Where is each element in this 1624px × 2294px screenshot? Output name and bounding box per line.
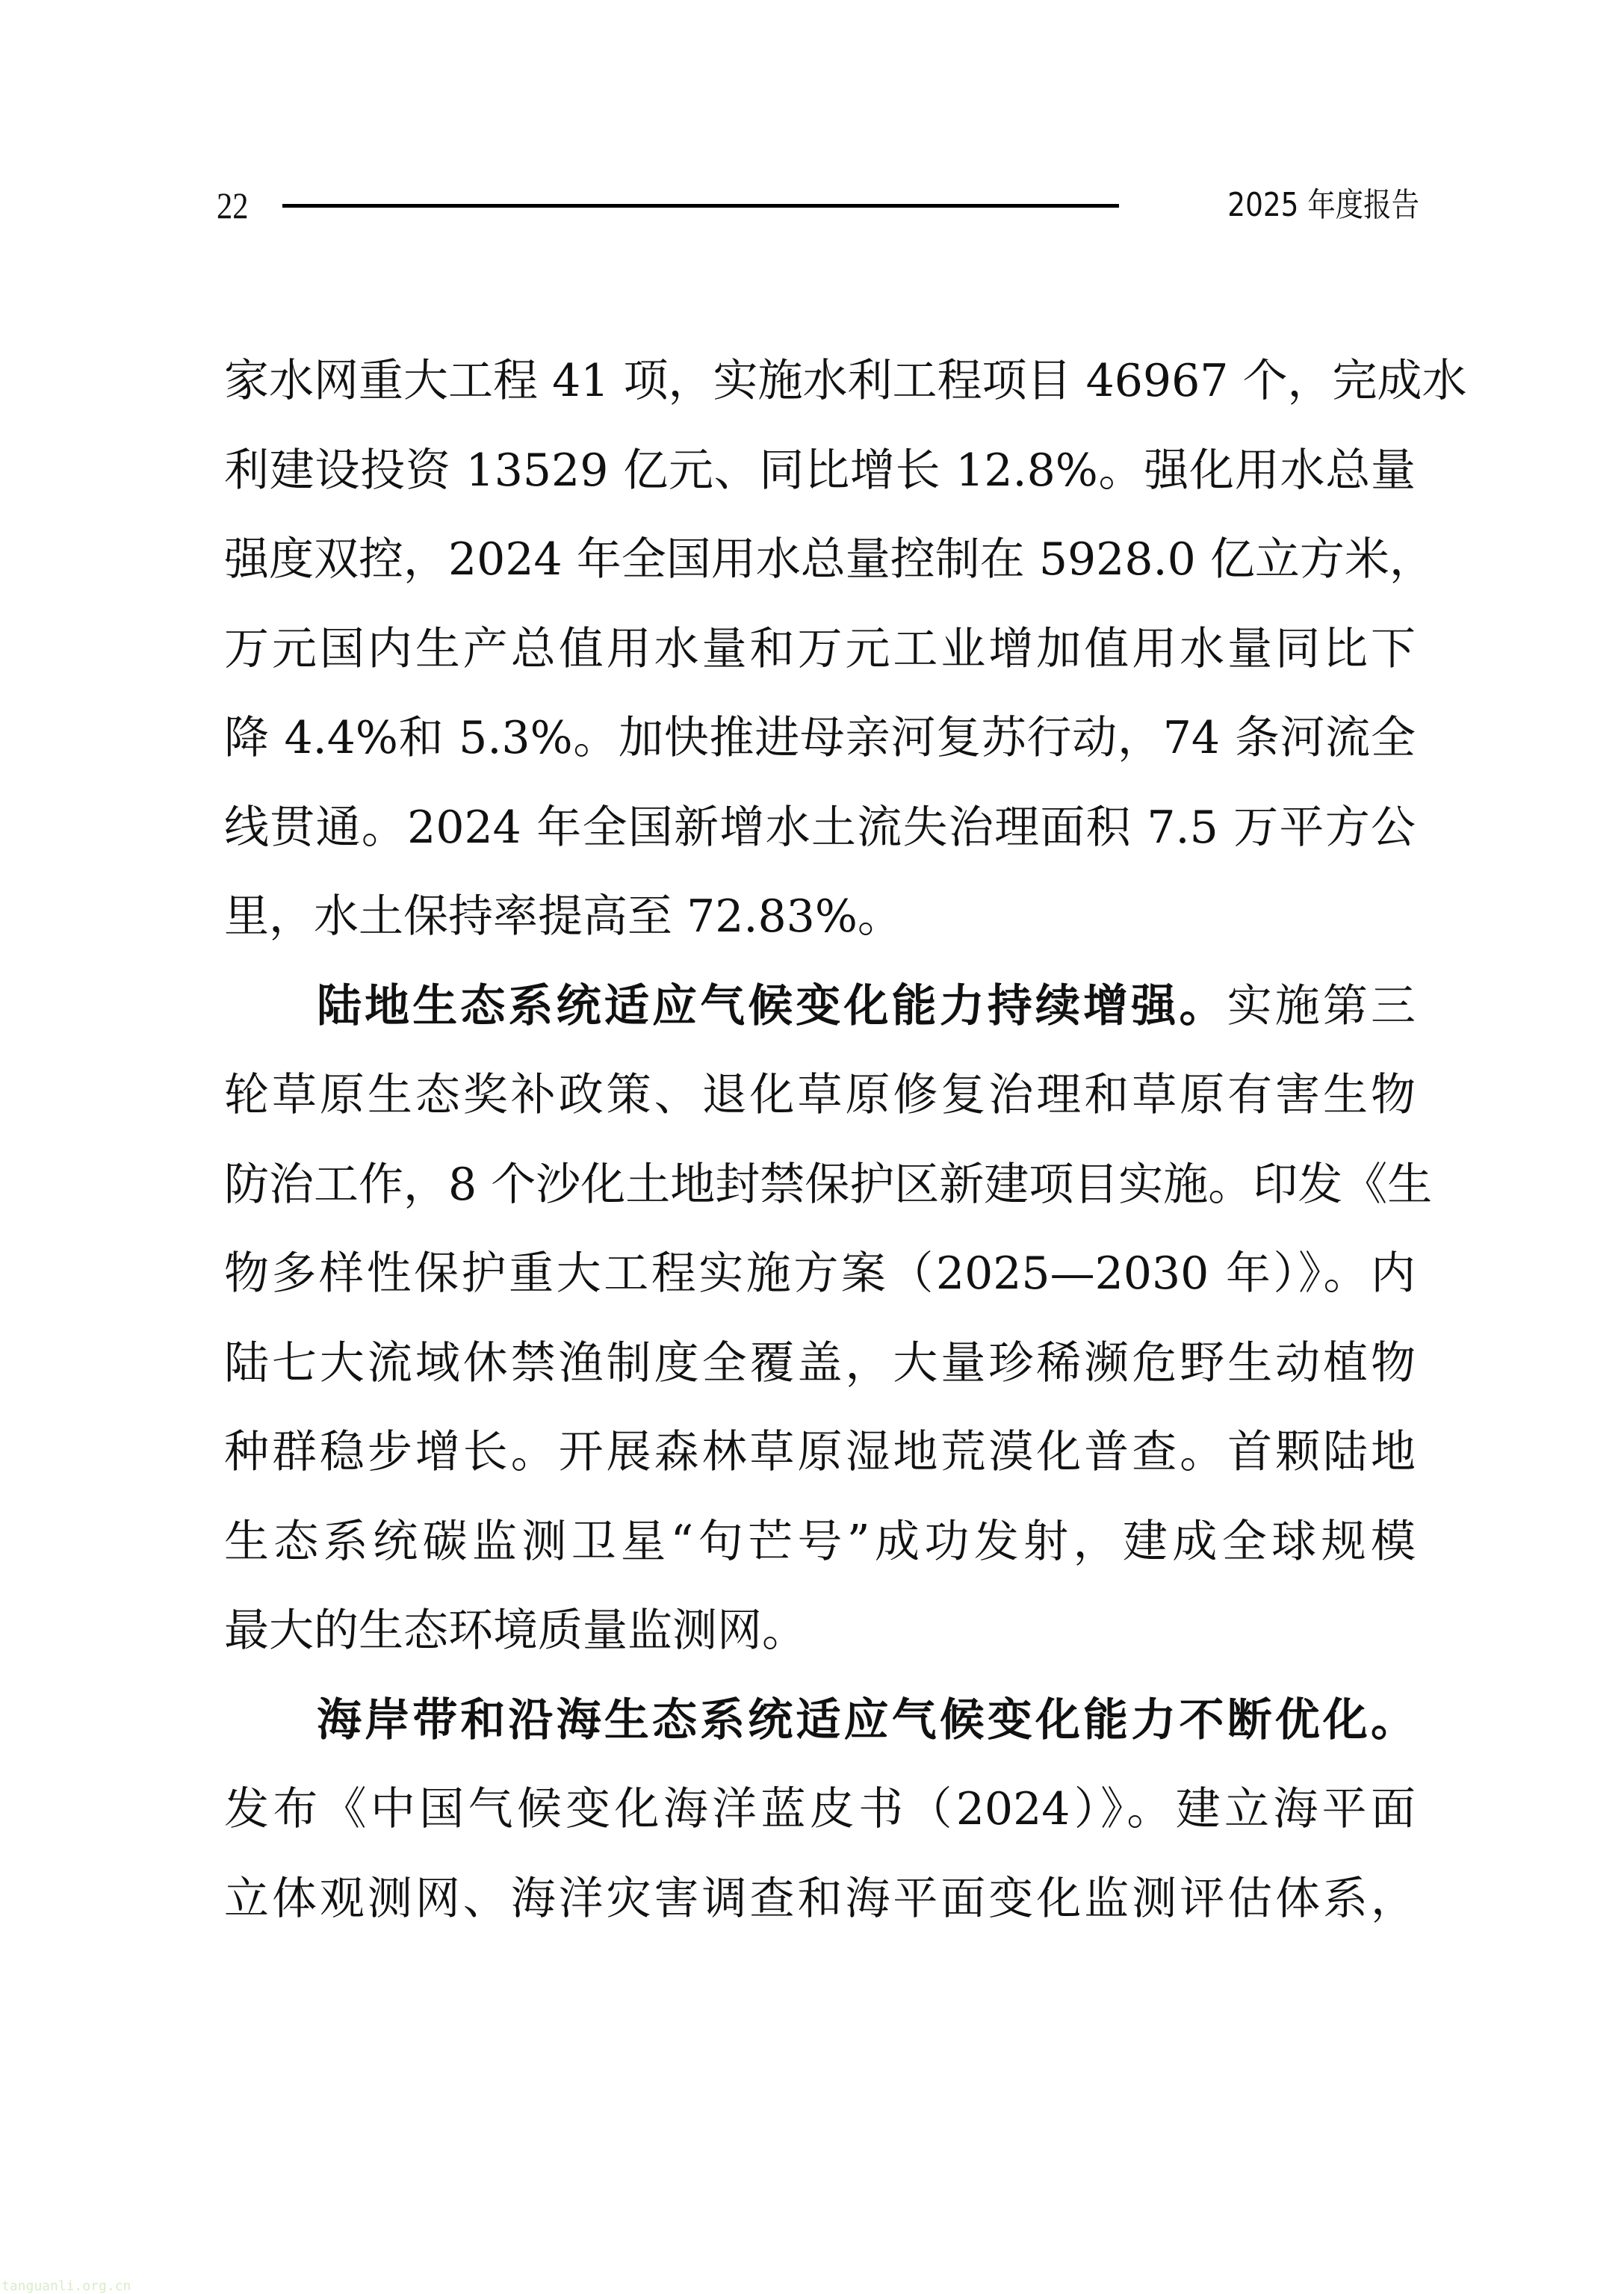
text-line: 最大的生态环境质量监测网。 (224, 1593, 1416, 1683)
paragraph-heading: 海岸带和沿海生态系统适应气候变化能力不断优化。 (317, 1694, 1416, 1746)
text-line: 轮草原生态奖补政策、退化草原修复治理和草原有害生物 (224, 1058, 1416, 1147)
text-line: 强度双控，2024 年全国用水总量控制在 5928.0 亿立方米， (224, 522, 1416, 612)
text-line: 万元国内生产总值用水量和万元工业增加值用水量同比下 (224, 612, 1416, 701)
text-line: 线贯通。2024 年全国新增水土流失治理面积 7.5 万平方公 (224, 790, 1416, 880)
page-header: 22 2025 年度报告 (217, 183, 1419, 235)
text-line: 立体观测网、海洋灾害调查和海平面变化监测评估体系， (224, 1861, 1416, 1951)
text-line: 利建设投资 13529 亿元、同比增长 12.8%。强化用水总量 (224, 433, 1416, 523)
text-run: 实施第三 (1227, 980, 1416, 1032)
text-line: 生态系统碳监测卫星“句芒号”成功发射，建成全球规模 (224, 1504, 1416, 1594)
text-line: 家水网重大工程 41 项，实施水利工程项目 46967 个，完成水 (224, 344, 1416, 433)
text-line: 里，水土保持率提高至 72.83%。 (224, 879, 1416, 969)
text-line: 降 4.4%和 5.3%。加快推进母亲河复苏行动，74 条河流全 (224, 701, 1416, 790)
paragraph-lead-line: 陆地生态系统适应气候变化能力持续增强。实施第三 (224, 969, 1416, 1058)
text-line: 种群稳步增长。开展森林草原湿地荒漠化普查。首颗陆地 (224, 1415, 1416, 1504)
paragraph-heading: 陆地生态系统适应气候变化能力持续增强。 (317, 980, 1227, 1032)
document-body: 家水网重大工程 41 项，实施水利工程项目 46967 个，完成水 利建设投资 … (224, 344, 1416, 1950)
text-line: 陆七大流域休禁渔制度全覆盖，大量珍稀濒危野生动植物 (224, 1326, 1416, 1416)
page-number: 22 (217, 183, 249, 228)
text-line: 物多样性保护重大工程实施方案（2025—2030 年）》。内 (224, 1236, 1416, 1326)
text-line: 发布《中国气候变化海洋蓝皮书（2024）》。建立海平面 (224, 1772, 1416, 1861)
paragraph-lead-line: 海岸带和沿海生态系统适应气候变化能力不断优化。 (224, 1683, 1416, 1773)
text-line: 防治工作，8 个沙化土地封禁保护区新建项目实施。印发《生 (224, 1147, 1416, 1237)
header-rule (282, 204, 1119, 208)
report-title: 2025 年度报告 (1227, 183, 1419, 228)
watermark: tanguanli.org.cn (1, 2278, 131, 2294)
